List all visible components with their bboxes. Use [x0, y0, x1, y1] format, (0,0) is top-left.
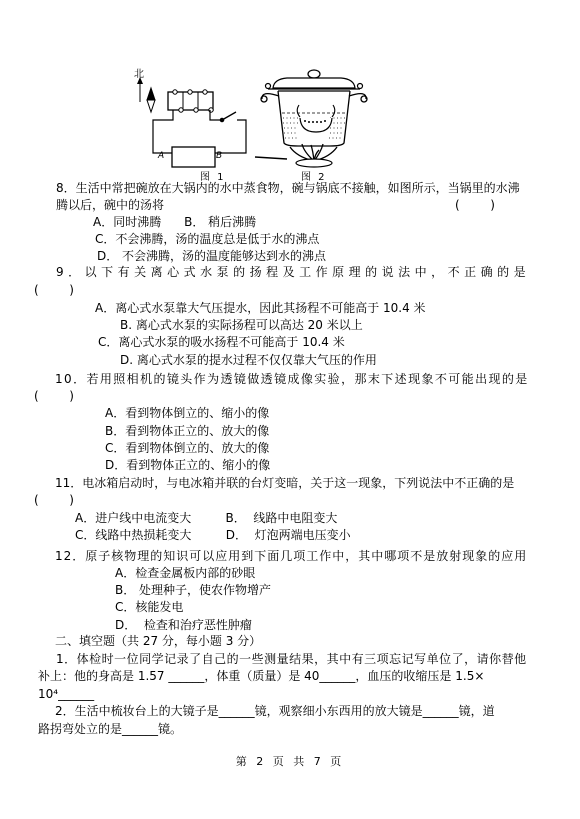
fill-section-heading: 二、填空题（共 27 分，每小题 3 分） [55, 634, 261, 648]
solenoid-coil [168, 90, 213, 112]
steam-wisp-right [332, 105, 335, 117]
q10-option-d: D．看到物体正立的、缩小的像 [105, 458, 270, 472]
q11-answer-bracket: ( ) [34, 493, 74, 507]
fill-q1-line3: 10⁴______ [38, 687, 94, 701]
q9-option-b: B. 离心式水泵的实际扬程可以高达 20 米以上 [120, 318, 363, 332]
steam-wisp-left [297, 105, 300, 117]
q11-stem: 11．电冰箱启动时，与电冰箱并联的台灯变暗，关于这一现象，下列说法中不正确的是 [55, 476, 514, 490]
gas-pipe [255, 157, 287, 159]
q10-option-b: B．看到物体正立的、放大的像 [105, 424, 269, 438]
q10-option-c: C．看到物体倒立的、放大的像 [105, 441, 269, 455]
q10-answer-bracket: ( ) [34, 389, 74, 403]
q10-option-a: A．看到物体倒立的、缩小的像 [105, 406, 269, 420]
pot-lid [266, 70, 363, 89]
q10-stem: 10．若用照相机的镜头作为透镜做透镜成像实验，那末下述现象不可能出现的是 [55, 372, 529, 386]
q8-options-ab: A．同时沸腾 B． 稍后沸腾 [93, 215, 256, 229]
switch-icon [220, 112, 236, 122]
pot-handles [261, 94, 367, 102]
north-label: 北 [134, 68, 144, 80]
bowl-in-pot [297, 105, 335, 132]
q11-options-ab: A．进户线中电流变大 B． 线路中电阻变大 [75, 511, 337, 525]
q9-option-a: A．离心式水泵靠大气压提水，因此其扬程不可能高于 10.4 米 [95, 301, 426, 315]
q11-options-cd: C．线路中热损耗变大 D． 灯泡两端电压变小 [75, 528, 351, 542]
q9-option-d: D. 离心式水泵的提水过程不仅仅靠大气压的作用 [120, 353, 377, 367]
figure1-circuit-diagram: 北 A B [130, 66, 255, 182]
q12-option-a: A．检查金属板内部的砂眼 [115, 566, 255, 580]
figure2-pot-stove-diagram [253, 66, 371, 172]
terminal-b-label: B [216, 151, 222, 161]
terminal-a-label: A [157, 151, 164, 161]
q12-option-d: D． 检查和治疗恶性肿瘤 [115, 618, 252, 632]
compass-needle-icon [147, 88, 155, 112]
fill-q2-line1: 2．生活中梳妆台上的大镜子是______镜，观察细小东西用的放大镜是______… [55, 704, 495, 718]
exam-page: 北 A B [0, 0, 580, 819]
fill-q2-line2: 路拐弯处立的是______镜。 [38, 722, 182, 736]
q9-answer-bracket: ( ) [34, 283, 74, 297]
q8-option-d: D． 不会沸腾，汤的温度能够达到水的沸点 [97, 249, 326, 263]
q8-stem-line1: 8．生活中常把碗放在大锅内的水中蒸食物，碗与锅底不接触，如图所示，当锅里的水沸 [56, 181, 520, 195]
q12-option-c: C．核能发电 [115, 600, 183, 614]
q8-option-c: C．不会沸腾，汤的温度总是低于水的沸点 [95, 232, 319, 246]
q8-answer-bracket: ( ) [455, 198, 495, 212]
fill-q1-line1: 1．体检时一位同学记录了自己的一些测量结果，其中有三项忘记写单位了，请你替他 [56, 652, 527, 666]
battery-box: A B [157, 147, 222, 167]
q12-stem: 12．原子核物理的知识可以应用到下面几项工作中，其中哪项不是放射现象的应用 [55, 549, 527, 563]
q9-stem: 9．以下有关离心式水泵的扬程及工作原理的说法中，不正确的是 [56, 265, 530, 279]
q12-option-b: B． 处理种子，使农作物增产 [115, 583, 271, 597]
q9-option-c: C．离心式水泵的吸水扬程不可能高于 10.4 米 [98, 335, 345, 349]
page-number-indicator: 第 2 页 共 7 页 [0, 753, 580, 769]
north-arrow-icon: 北 [134, 68, 144, 102]
fill-q1-line2: 补上：他的身高是 1.57 ______，体重（质量）是 40______，血压… [38, 669, 484, 683]
q8-stem-line2: 腾以后，碗中的汤将 [56, 198, 164, 212]
